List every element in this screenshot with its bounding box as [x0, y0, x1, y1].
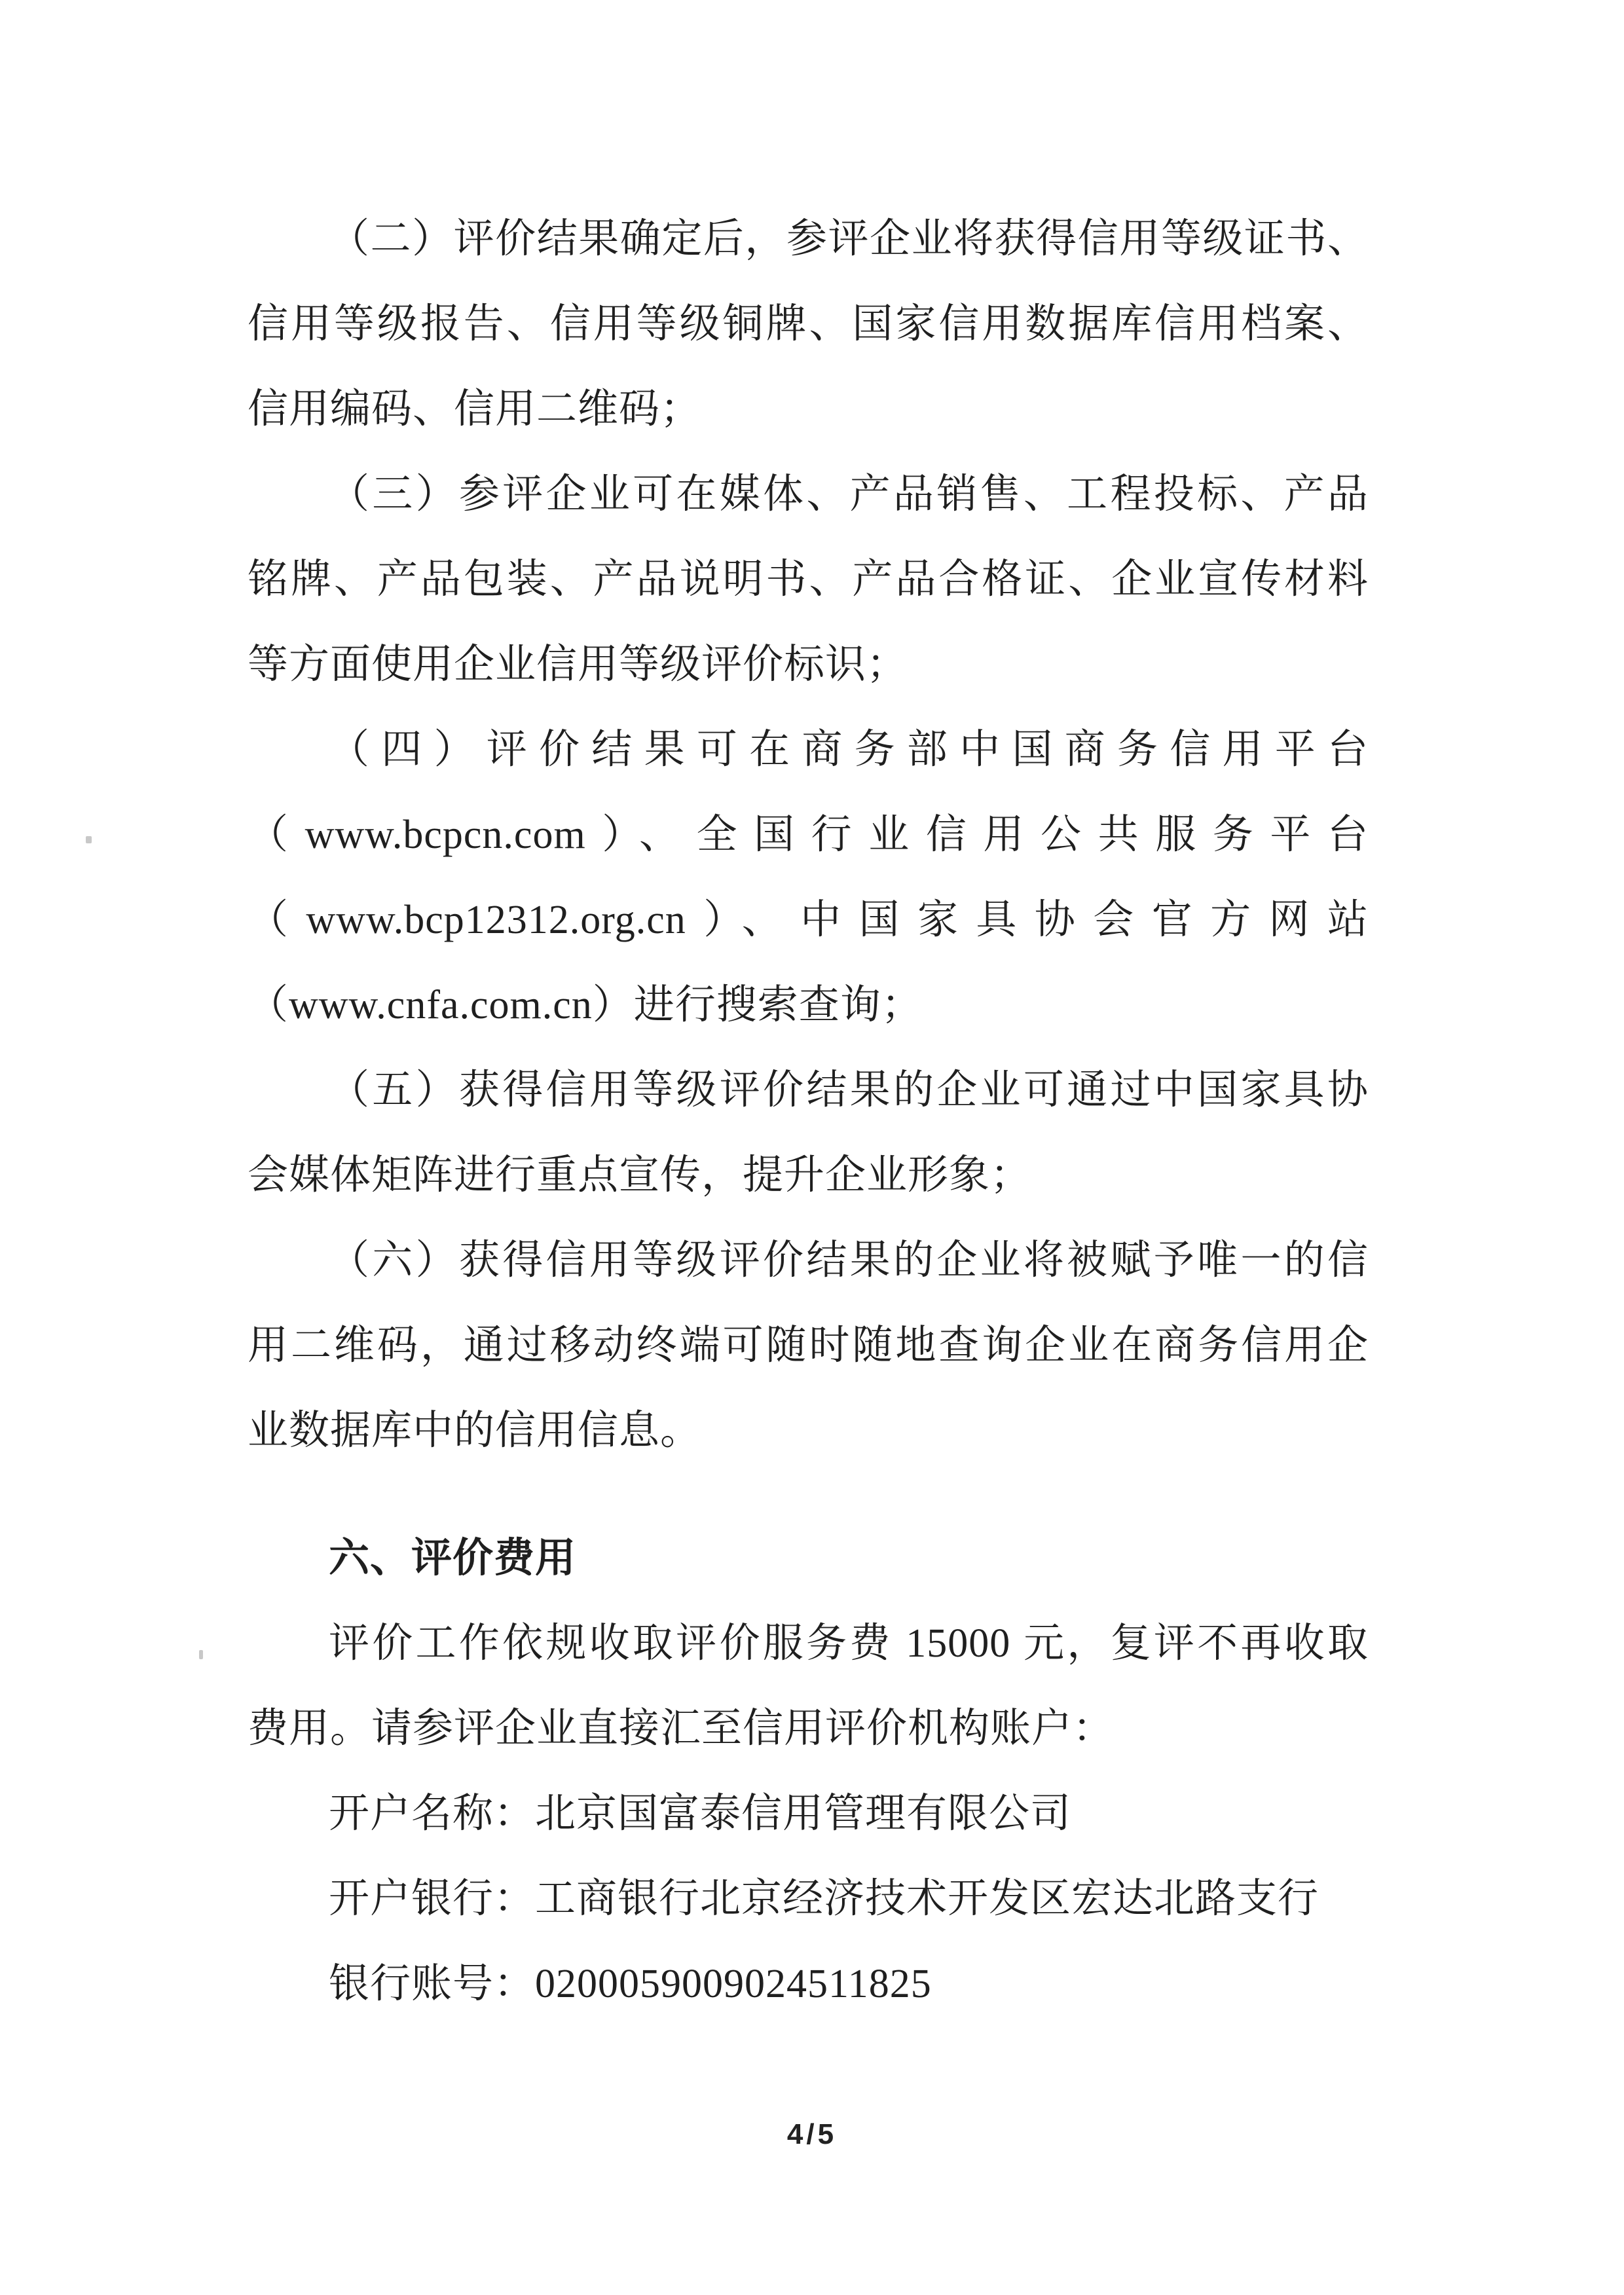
text-line: 费用。请参评企业直接汇至信用评价机构账户：	[248, 1686, 1369, 1771]
text-line: （五）获得信用等级评价结果的企业可通过中国家具协	[248, 1048, 1369, 1133]
text-line: （www.bcpcn.com）、全国行业信用公共服务平台	[248, 792, 1369, 877]
text-line: （三）参评企业可在媒体、产品销售、工程投标、产品	[248, 452, 1369, 537]
text-line: 信用编码、信用二维码；	[248, 367, 1369, 452]
text-line: 会媒体矩阵进行重点宣传，提升企业形象；	[248, 1133, 1369, 1218]
text-line: （www.cnfa.com.cn）进行搜索查询；	[248, 963, 1369, 1048]
text-line: 铭牌、产品包装、产品说明书、产品合格证、企业宣传材料	[248, 537, 1369, 622]
text-line: 开户名称：北京国富泰信用管理有限公司	[248, 1771, 1369, 1856]
text-line: 开户银行：工商银行北京经济技术开发区宏达北路支行	[248, 1856, 1369, 1941]
text-line: （二）评价结果确定后，参评企业将获得信用等级证书、	[248, 196, 1369, 282]
section-heading: 六、评价费用	[248, 1516, 1369, 1601]
page-body: （二）评价结果确定后，参评企业将获得信用等级证书、信用等级报告、信用等级铜牌、国…	[248, 196, 1369, 2027]
scan-speck	[199, 1650, 203, 1659]
document-page: （二）评价结果确定后，参评企业将获得信用等级证书、信用等级报告、信用等级铜牌、国…	[0, 0, 1624, 2295]
text-line: 等方面使用企业信用等级评价标识；	[248, 622, 1369, 707]
text-line: 业数据库中的信用信息。	[248, 1388, 1369, 1473]
text-line: 用二维码，通过移动终端可随时随地查询企业在商务信用企	[248, 1303, 1369, 1388]
text-line: 银行账号：0200059009024511825	[248, 1941, 1369, 2027]
page-number: 4/5	[0, 2118, 1624, 2151]
scan-speck	[86, 836, 92, 843]
text-line: 信用等级报告、信用等级铜牌、国家信用数据库信用档案、	[248, 282, 1369, 367]
text-line: （六）获得信用等级评价结果的企业将被赋予唯一的信	[248, 1218, 1369, 1303]
text-line: （四）评价结果可在商务部中国商务信用平台	[248, 707, 1369, 792]
text-line: 评价工作依规收取评价服务费 15000 元，复评不再收取	[248, 1601, 1369, 1686]
text-line: （www.bcp12312.org.cn）、中国家具协会官方网站	[248, 877, 1369, 963]
